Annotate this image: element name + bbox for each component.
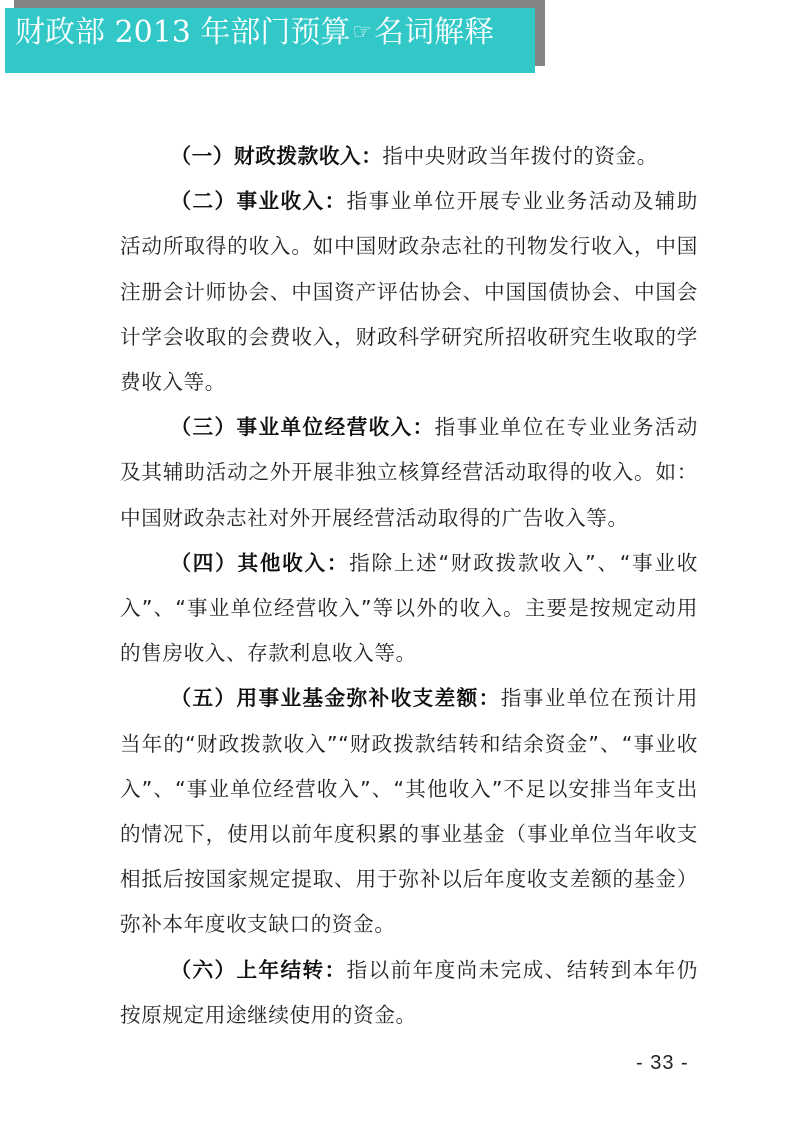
definition-text: 指事业单位开展专业业务活动及辅助活动所取得的收入。如中国财政杂志社的刊物发行收入… [120,189,698,394]
definition-text: 指事业单位在预计用当年的“财政拨款收入”“财政拨款结转和结余资金”、“事业收入”… [120,686,698,936]
page-title-main: 财政部 2013 年部门预算 [15,15,350,50]
definition-paragraph-1: （一）财政拨款收入：指中央财政当年拨付的资金。 [120,134,698,179]
document-body: （一）财政拨款收入：指中央财政当年拨付的资金。 （二）事业收入：指事业单位开展专… [120,134,698,1038]
term-label: （四）其他收入： [170,551,349,575]
page-title-sub: 名词解释 [374,15,494,50]
term-label: （一）财政拨款收入： [170,144,382,168]
definition-paragraph-5: （五）用事业基金弥补收支差额：指事业单位在预计用当年的“财政拨款收入”“财政拨款… [120,676,698,947]
definition-text: 指中央财政当年拨付的资金。 [382,144,658,168]
definition-paragraph-6: （六）上年结转：指以前年度尚未完成、结转到本年仍按原规定用途继续使用的资金。 [120,948,698,1038]
page-title: 财政部 2013 年部门预算☞名词解释 [15,18,494,48]
term-label: （五）用事业基金弥补收支差额： [170,686,500,710]
definition-paragraph-4: （四）其他收入：指除上述“财政拨款收入”、“事业收入”、“事业单位经营收入”等以… [120,541,698,677]
term-label: （六）上年结转： [170,958,346,982]
pointing-hand-icon: ☞ [352,20,372,45]
term-label: （三）事业单位经营收入： [170,415,434,439]
term-label: （二）事业收入： [170,189,346,213]
definition-paragraph-3: （三）事业单位经营收入：指事业单位在专业业务活动及其辅助活动之外开展非独立核算经… [120,405,698,541]
header-banner: 财政部 2013 年部门预算☞名词解释 [5,8,535,73]
definition-paragraph-2: （二）事业收入：指事业单位开展专业业务活动及辅助活动所取得的收入。如中国财政杂志… [120,179,698,405]
page-number: - 33 - [636,1052,689,1075]
